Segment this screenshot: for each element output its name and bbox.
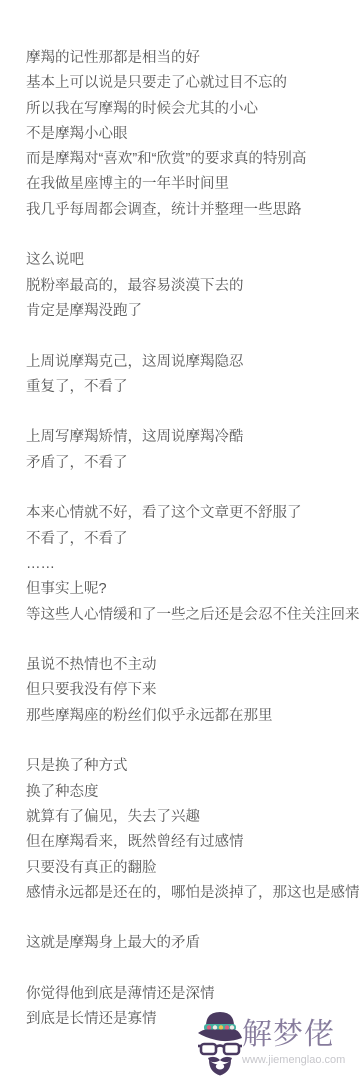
- text-line: 基本上可以说是只要走了心就过目不忘的: [26, 71, 356, 96]
- jiemenglao-mascot-icon: [198, 1010, 242, 1076]
- text-line: 换了种态度: [26, 780, 356, 805]
- text-line: 但只要我没有停下来: [26, 678, 356, 703]
- text-line: 只要没有真正的翻脸: [26, 856, 356, 881]
- text-line: 我几乎每周都会调查，统计并整理一些思路: [26, 198, 356, 223]
- text-line: 只是换了种方式: [26, 754, 356, 779]
- text-line: 感情永远都是还在的，哪怕是淡掉了，那这也是感情: [26, 881, 356, 906]
- text-line: 那些摩羯座的粉丝们似乎永远都在那里: [26, 704, 356, 729]
- band-dot: [230, 1025, 234, 1029]
- text-line: 上周写摩羯矫情，这周说摩羯冷酷: [26, 425, 356, 450]
- text-line: 等这些人心情缓和了一些之后还是会忍不住关注回来: [26, 603, 356, 628]
- band-dot: [213, 1025, 217, 1029]
- band-dot: [207, 1025, 211, 1029]
- text-line: 但事实上呢?: [26, 577, 356, 602]
- text-line: 这么说吧: [26, 248, 356, 273]
- text-line: 不看了，不看了: [26, 527, 356, 552]
- article-text: 摩羯的记性那都是相当的好基本上可以说是只要走了心就过目不忘的所以我在写摩羯的时候…: [26, 46, 356, 1033]
- chin-highlight: [216, 1064, 224, 1070]
- text-line: 虽说不热情也不主动: [26, 653, 356, 678]
- watermark-brand-text: 解梦佬: [242, 1019, 335, 1051]
- text-line: [26, 324, 356, 349]
- text-line: 重复了，不看了: [26, 375, 356, 400]
- text-line: [26, 223, 356, 248]
- text-line: [26, 906, 356, 931]
- text-line: [26, 628, 356, 653]
- band-dot: [219, 1025, 223, 1029]
- text-line: 本来心情就不好，看了这个文章更不舒服了: [26, 501, 356, 526]
- text-line: 肯定是摩羯没跑了: [26, 299, 356, 324]
- text-line: 就算有了偏见，失去了兴趣: [26, 805, 356, 830]
- watermark-url-text: www.jiemenglao.com: [242, 1054, 345, 1066]
- article-page: 摩羯的记性那都是相当的好基本上可以说是只要走了心就过目不忘的所以我在写摩羯的时候…: [0, 0, 360, 1076]
- text-line: 矛盾了，不看了: [26, 451, 356, 476]
- text-line: 这就是摩羯身上最大的矛盾: [26, 931, 356, 956]
- text-line: 所以我在写摩羯的时候会尤其的小心: [26, 97, 356, 122]
- text-line: 但在摩羯看来，既然曾经有过感情: [26, 830, 356, 855]
- text-line: 脱粉率最高的，最容易淡漠下去的: [26, 274, 356, 299]
- text-line: [26, 476, 356, 501]
- text-line: ……: [26, 552, 356, 577]
- text-line: 摩羯的记性那都是相当的好: [26, 46, 356, 71]
- glasses: [198, 1044, 242, 1054]
- text-line: 而是摩羯对“喜欢”和“欣赏”的要求真的特别高: [26, 147, 356, 172]
- text-line: [26, 400, 356, 425]
- band-dot: [225, 1025, 229, 1029]
- text-line: [26, 729, 356, 754]
- watermark: 解梦佬 www.jiemenglao.com: [198, 1000, 348, 1076]
- hat-brim: [198, 1030, 242, 1042]
- text-line: [26, 957, 356, 982]
- mustache: [208, 1057, 232, 1062]
- text-line: 上周说摩羯克己，这周说摩羯隐忍: [26, 350, 356, 375]
- text-line: 不是摩羯小心眼: [26, 122, 356, 147]
- text-line: 在我做星座博主的一年半时间里: [26, 172, 356, 197]
